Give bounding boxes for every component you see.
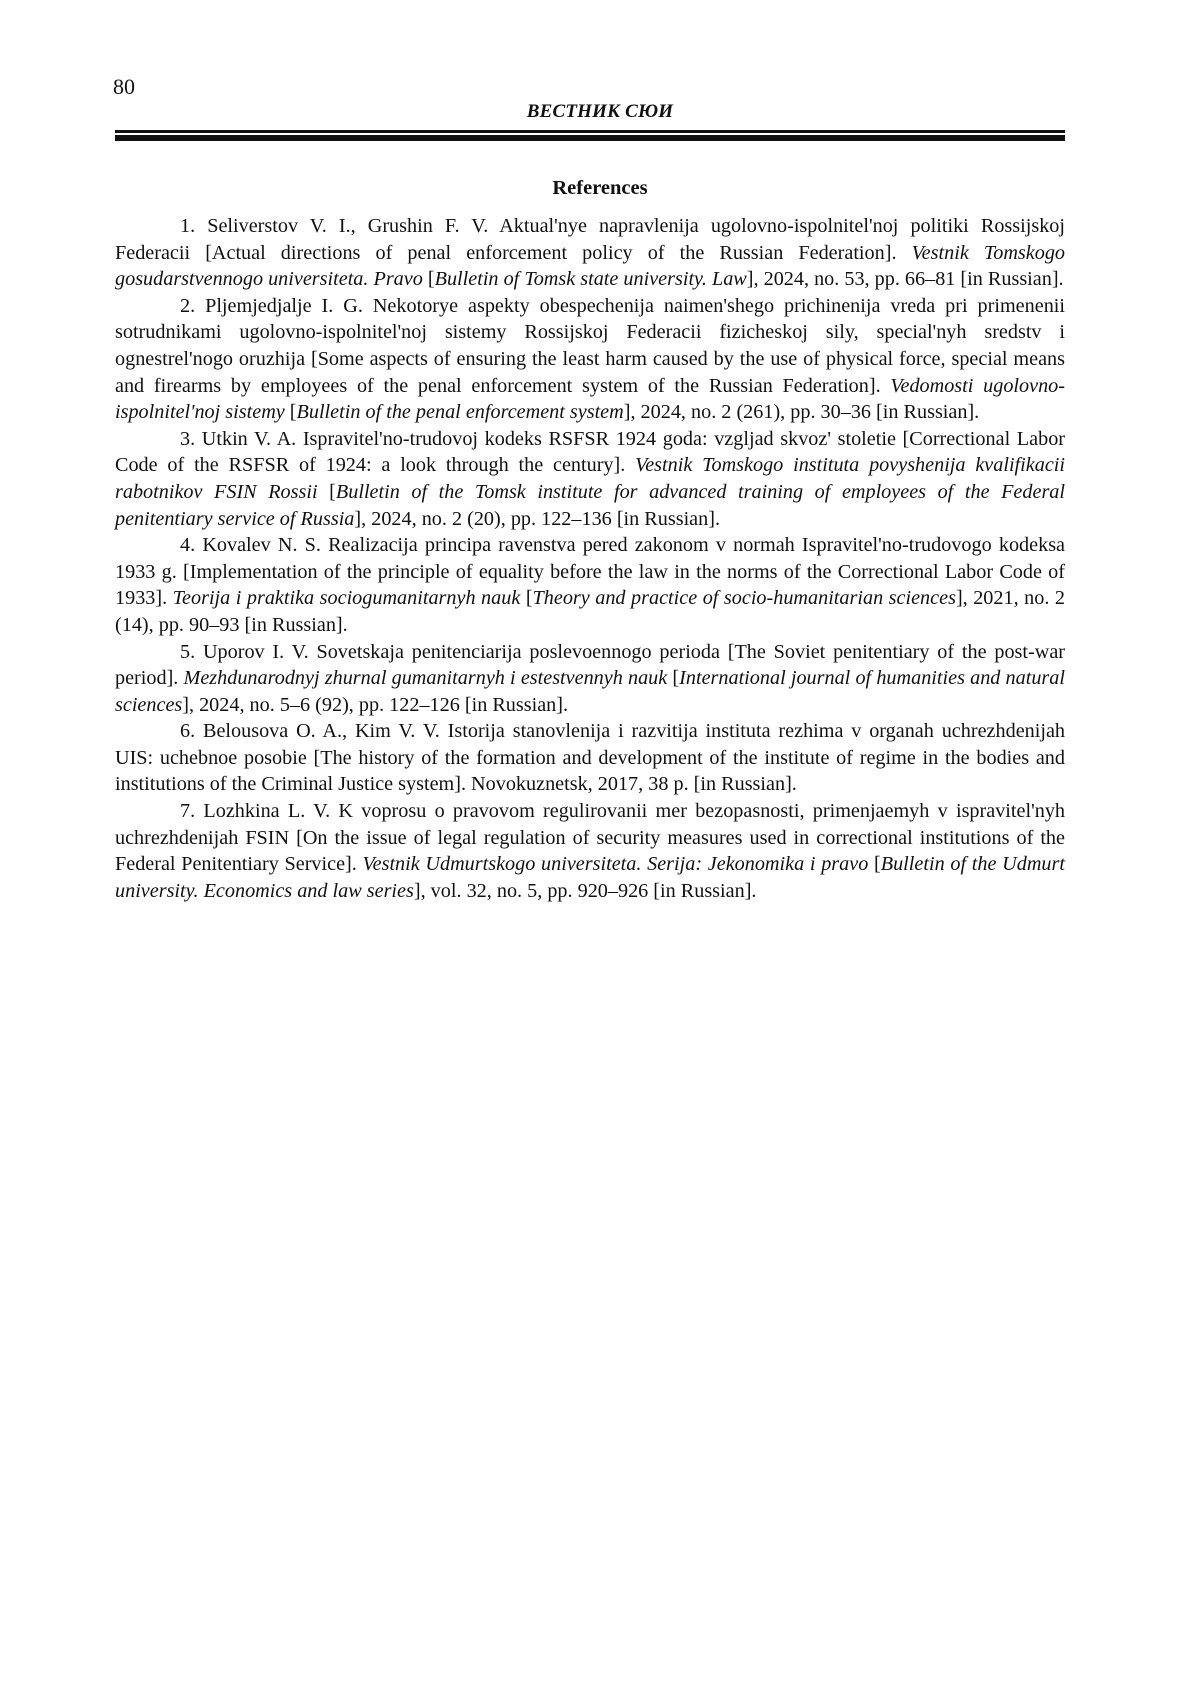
header-rule-thin xyxy=(115,130,1065,133)
reference-source-italic: Theory and practice of socio-humanitaria… xyxy=(533,587,956,609)
reference-number: 4. xyxy=(180,534,195,556)
reference-text: [ xyxy=(520,587,532,609)
reference-source-italic: Bulletin of Tomsk state university. Law xyxy=(435,268,747,290)
reference-number: 6. xyxy=(180,720,195,742)
journal-running-head: ВЕСТНИК СЮИ xyxy=(0,101,1200,123)
reference-body: Uporov I. V. Sovetskaja penitenciarija p… xyxy=(115,641,1065,716)
reference-number: 7. xyxy=(180,800,195,822)
reference-body: Belousova O. A., Kim V. V. Istorija stan… xyxy=(115,720,1065,795)
reference-text: ], 2024, no. 53, pp. 66–81 [in Russian]. xyxy=(747,268,1064,290)
reference-item: 2. Pljemjedjalje I. G. Nekotorye aspekty… xyxy=(115,293,1065,426)
reference-item: 3. Utkin V. A. Ispravitel'no-trudovoj ko… xyxy=(115,426,1065,532)
reference-source-italic: Teorija i praktika sociogumanitarnyh nau… xyxy=(173,587,521,609)
reference-body: Lozhkina L. V. K voprosu o pravovom regu… xyxy=(115,800,1065,902)
page-number: 80 xyxy=(113,74,135,100)
reference-source-italic: Mezhdunarodnyj zhurnal gumanitarnyh i es… xyxy=(184,667,668,689)
reference-body: Utkin V. A. Ispravitel'no-trudovoj kodek… xyxy=(115,428,1065,530)
reference-text: ], 2024, no. 5–6 (92), pp. 122–126 [in R… xyxy=(182,694,568,716)
reference-body: Kovalev N. S. Realizacija principa raven… xyxy=(115,534,1065,636)
reference-source-italic: Bulletin of the penal enforcement system xyxy=(297,401,624,423)
reference-text: [ xyxy=(423,268,435,290)
reference-source-italic: Vestnik Udmurtskogo universiteta. Serija… xyxy=(363,853,869,875)
reference-text: ], 2024, no. 2 (261), pp. 30–36 [in Russ… xyxy=(624,401,980,423)
reference-text: ], 2024, no. 2 (20), pp. 122–136 [in Rus… xyxy=(354,508,720,530)
reference-body: Pljemjedjalje I. G. Nekotorye aspekty ob… xyxy=(115,295,1065,423)
references-heading: References xyxy=(0,177,1200,200)
reference-text: [ xyxy=(868,853,880,875)
reference-text: [ xyxy=(318,481,336,503)
reference-item: 5. Uporov I. V. Sovetskaja penitenciarij… xyxy=(115,639,1065,719)
reference-text: ], vol. 32, no. 5, pp. 920–926 [in Russi… xyxy=(414,880,757,902)
reference-number: 3. xyxy=(180,428,195,450)
reference-number: 5. xyxy=(180,641,195,663)
header-rule-thick xyxy=(115,135,1065,141)
reference-item: 1. Seliverstov V. I., Grushin F. V. Aktu… xyxy=(115,213,1065,293)
reference-text: Belousova O. A., Kim V. V. Istorija stan… xyxy=(115,720,1065,795)
reference-item: 6. Belousova O. A., Kim V. V. Istorija s… xyxy=(115,718,1065,798)
reference-number: 1. xyxy=(180,215,195,237)
reference-item: 7. Lozhkina L. V. K voprosu o pravovom r… xyxy=(115,798,1065,904)
reference-text: [ xyxy=(285,401,297,423)
references-list: 1. Seliverstov V. I., Grushin F. V. Aktu… xyxy=(115,213,1065,904)
reference-number: 2. xyxy=(180,295,195,317)
reference-text: [ xyxy=(667,667,679,689)
reference-item: 4. Kovalev N. S. Realizacija principa ra… xyxy=(115,532,1065,638)
reference-body: Seliverstov V. I., Grushin F. V. Aktual'… xyxy=(115,215,1065,290)
